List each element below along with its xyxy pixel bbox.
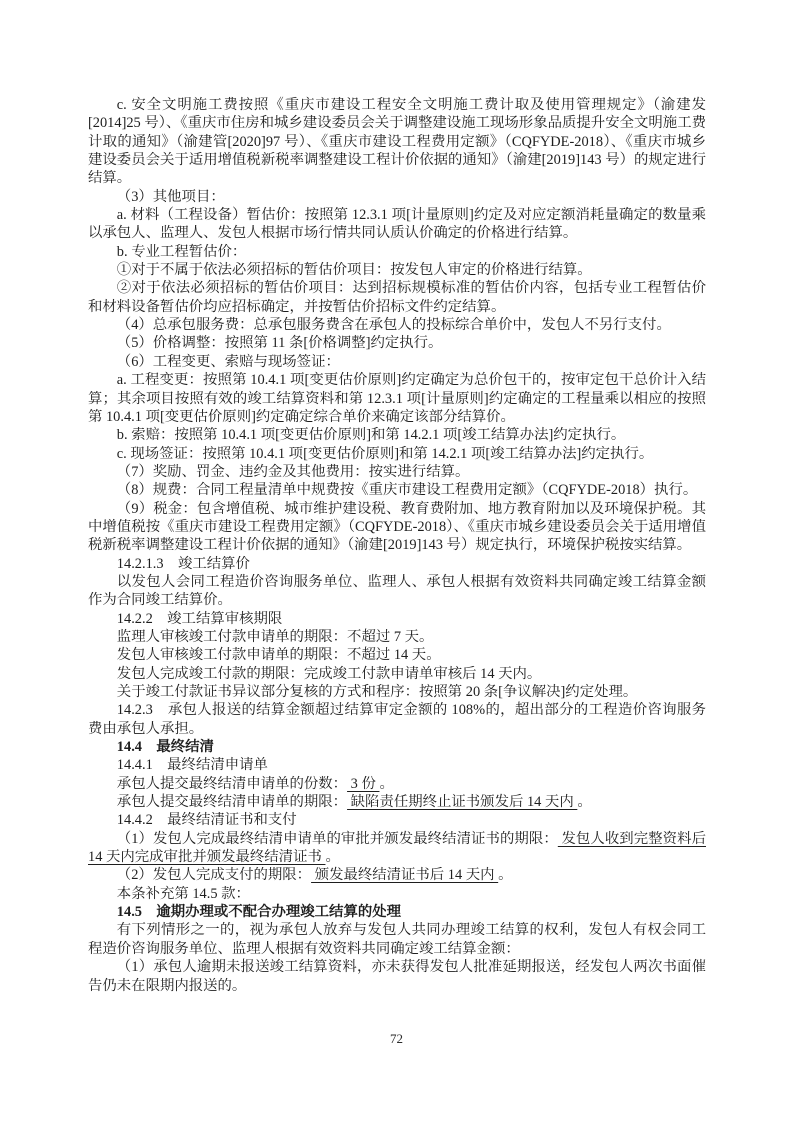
paragraph: （1）发包人完成最终结清申请单的审批并颁发最终结清证书的期限： 发包人收到完整资… xyxy=(88,830,706,867)
text-run: 发包人完成竣工付款的期限：完成竣工付款申请单审核后 14 天内。 xyxy=(117,666,542,682)
text-run: a. 材料（工程设备）暂估价：按照第 12.3.1 项[计量原则]约定及对应定额… xyxy=(88,207,706,241)
text-run: 监理人审核竣工付款申请单的期限：不超过 7 天。 xyxy=(117,629,434,645)
paragraph: （3）其他项目： xyxy=(88,188,706,206)
paragraph: （7）奖励、罚金、违约金及其他费用：按实进行结算。 xyxy=(88,463,706,481)
paragraph: 发包人审核竣工付款申请单的期限：不超过 14 天。 xyxy=(88,646,706,664)
paragraph: b. 索赔：按照第 10.4.1 项[变更估价原则]和第 14.2.1 项[竣工… xyxy=(88,426,706,444)
paragraph: c. 安全文明施工费按照《重庆市建设工程安全文明施工费计取及使用管理规定》（渝建… xyxy=(88,96,706,188)
text-run: 14.4.1 最终结清申请单 xyxy=(117,757,268,773)
text-run: 14.4.2 最终结清证书和支付 xyxy=(117,812,297,828)
paragraph: a. 材料（工程设备）暂估价：按照第 12.3.1 项[计量原则]约定及对应定额… xyxy=(88,206,706,243)
text-run: （2）发包人完成支付的期限： xyxy=(117,867,311,883)
text-run: 14.5 逾期办理或不配合办理竣工结算的处理 xyxy=(117,904,401,920)
text-run: 以发包人会同工程造价咨询服务单位、监理人、承包人根据有效资料共同确定竣工结算金额… xyxy=(88,574,706,608)
text-run: 。 xyxy=(379,776,393,792)
text-run: （9）税金：包含增值税、城市维护建设税、教育费附加、地方教育附加以及环境保护税。… xyxy=(88,501,706,554)
text-run: 承包人提交最终结清申请单的份数： xyxy=(117,776,347,792)
paragraph: （2）发包人完成支付的期限： 颁发最终结清证书后 14 天内 。 xyxy=(88,866,706,884)
paragraph: 承包人提交最终结清申请单的期限： 缺陷责任期终止证书颁发后 14 天内 。 xyxy=(88,793,706,811)
paragraph: 14.4.2 最终结清证书和支付 xyxy=(88,811,706,829)
text-run: a. 工程变更：按照第 10.4.1 项[变更估价原则]约定确定为总价包干的，按… xyxy=(88,372,706,425)
text-run: 14.2.2 竣工结算审核期限 xyxy=(117,611,283,627)
text-run: 。 xyxy=(325,849,339,865)
text-run: （1）承包人逾期未报送竣工结算资料，亦未获得发包人批准延期报送，经发包人两次书面… xyxy=(88,959,706,993)
text-run: （4）总承包服务费：总承包服务费含在承包人的投标综合单价中，发包人不另行支付。 xyxy=(117,317,671,333)
paragraph: （5）价格调整：按照第 11 条[价格调整]约定执行。 xyxy=(88,334,706,352)
text-run: 承包人提交最终结清申请单的期限： xyxy=(117,794,347,810)
text-run: （8）规费：合同工程量清单中规费按《重庆市建设工程费用定额》（CQFYDE-20… xyxy=(117,482,697,498)
paragraph: ①对于不属于依法必须招标的暂估价项目：按发包人审定的价格进行结算。 xyxy=(88,261,706,279)
text-run: （1）发包人完成最终结清申请单的审批并颁发最终结清证书的期限： xyxy=(117,831,558,847)
paragraph: 有下列情形之一的，视为承包人放弃与发包人共同办理竣工结算的权利，发包人有权会同工… xyxy=(88,921,706,958)
paragraph: （1）承包人逾期未报送竣工结算资料，亦未获得发包人批准延期报送，经发包人两次书面… xyxy=(88,958,706,995)
text-run: b. 专业工程暂估价： xyxy=(117,244,247,260)
document-body: c. 安全文明施工费按照《重庆市建设工程安全文明施工费计取及使用管理规定》（渝建… xyxy=(88,96,706,995)
text-run: ①对于不属于依法必须招标的暂估价项目：按发包人审定的价格进行结算。 xyxy=(117,262,592,278)
text-run: 本条补充第 14.5 款： xyxy=(117,886,250,902)
paragraph: （6）工程变更、索赔与现场签证： xyxy=(88,353,706,371)
text-run: c. 现场签证：按照第 10.4.1 项[变更估价原则]和第 14.2.1 项[… xyxy=(117,446,653,462)
paragraph: （4）总承包服务费：总承包服务费含在承包人的投标综合单价中，发包人不另行支付。 xyxy=(88,316,706,334)
paragraph: 本条补充第 14.5 款： xyxy=(88,885,706,903)
text-run: 。 xyxy=(498,867,512,883)
paragraph: 以发包人会同工程造价咨询服务单位、监理人、承包人根据有效资料共同确定竣工结算金额… xyxy=(88,573,706,610)
text-run: （6）工程变更、索赔与现场签证： xyxy=(117,354,340,370)
paragraph: 发包人完成竣工付款的期限：完成竣工付款申请单审核后 14 天内。 xyxy=(88,665,706,683)
section-heading: 14.4 最终结清 xyxy=(88,738,706,756)
paragraph: 承包人提交最终结清申请单的份数： 3 份 。 xyxy=(88,775,706,793)
paragraph: 监理人审核竣工付款申请单的期限：不超过 7 天。 xyxy=(88,628,706,646)
text-run: 发包人审核竣工付款申请单的期限：不超过 14 天。 xyxy=(117,647,441,663)
page-number: 72 xyxy=(0,1031,793,1047)
paragraph: 14.2.2 竣工结算审核期限 xyxy=(88,610,706,628)
paragraph: 14.2.3 承包人报送的结算金额超过结算审定金额的 108%的，超出部分的工程… xyxy=(88,701,706,738)
text-run: 14.4 最终结清 xyxy=(117,739,214,755)
text-run: 关于竣工付款证书异议部分复核的方式和程序：按照第 20 条[争议解决]约定处理。 xyxy=(117,684,637,700)
paragraph: （8）规费：合同工程量清单中规费按《重庆市建设工程费用定额》（CQFYDE-20… xyxy=(88,481,706,499)
text-run: b. 索赔：按照第 10.4.1 项[变更估价原则]和第 14.2.1 项[竣工… xyxy=(117,427,625,443)
section-heading: 14.5 逾期办理或不配合办理竣工结算的处理 xyxy=(88,903,706,921)
text-run: （7）奖励、罚金、违约金及其他费用：按实进行结算。 xyxy=(117,464,470,480)
text-run: 。 xyxy=(577,794,591,810)
paragraph: 14.2.1.3 竣工结算价 xyxy=(88,555,706,573)
fill-in-blank: 3 份 xyxy=(347,776,379,792)
text-run: （3）其他项目： xyxy=(117,189,225,205)
fill-in-blank: 缺陷责任期终止证书颁发后 14 天内 xyxy=(347,794,577,810)
paragraph: （9）税金：包含增值税、城市维护建设税、教育费附加、地方教育附加以及环境保护税。… xyxy=(88,500,706,555)
text-run: 14.2.1.3 竣工结算价 xyxy=(117,556,250,572)
paragraph: b. 专业工程暂估价： xyxy=(88,243,706,261)
paragraph: c. 现场签证：按照第 10.4.1 项[变更估价原则]和第 14.2.1 项[… xyxy=(88,445,706,463)
paragraph: 关于竣工付款证书异议部分复核的方式和程序：按照第 20 条[争议解决]约定处理。 xyxy=(88,683,706,701)
paragraph: a. 工程变更：按照第 10.4.1 项[变更估价原则]约定确定为总价包干的，按… xyxy=(88,371,706,426)
fill-in-blank: 颁发最终结清证书后 14 天内 xyxy=(311,867,498,883)
text-run: 14.2.3 承包人报送的结算金额超过结算审定金额的 108%的，超出部分的工程… xyxy=(88,702,706,736)
document-page: c. 安全文明施工费按照《重庆市建设工程安全文明施工费计取及使用管理规定》（渝建… xyxy=(0,0,793,1122)
text-run: ②对于依法必须招标的暂估价项目：达到招标规模标准的暂估价内容，包括专业工程暂估价… xyxy=(88,280,706,314)
paragraph: ②对于依法必须招标的暂估价项目：达到招标规模标准的暂估价内容，包括专业工程暂估价… xyxy=(88,279,706,316)
text-run: （5）价格调整：按照第 11 条[价格调整]约定执行。 xyxy=(117,335,443,351)
text-run: c. 安全文明施工费按照《重庆市建设工程安全文明施工费计取及使用管理规定》（渝建… xyxy=(88,97,706,186)
text-run: 有下列情形之一的，视为承包人放弃与发包人共同办理竣工结算的权利，发包人有权会同工… xyxy=(88,922,706,956)
paragraph: 14.4.1 最终结清申请单 xyxy=(88,756,706,774)
